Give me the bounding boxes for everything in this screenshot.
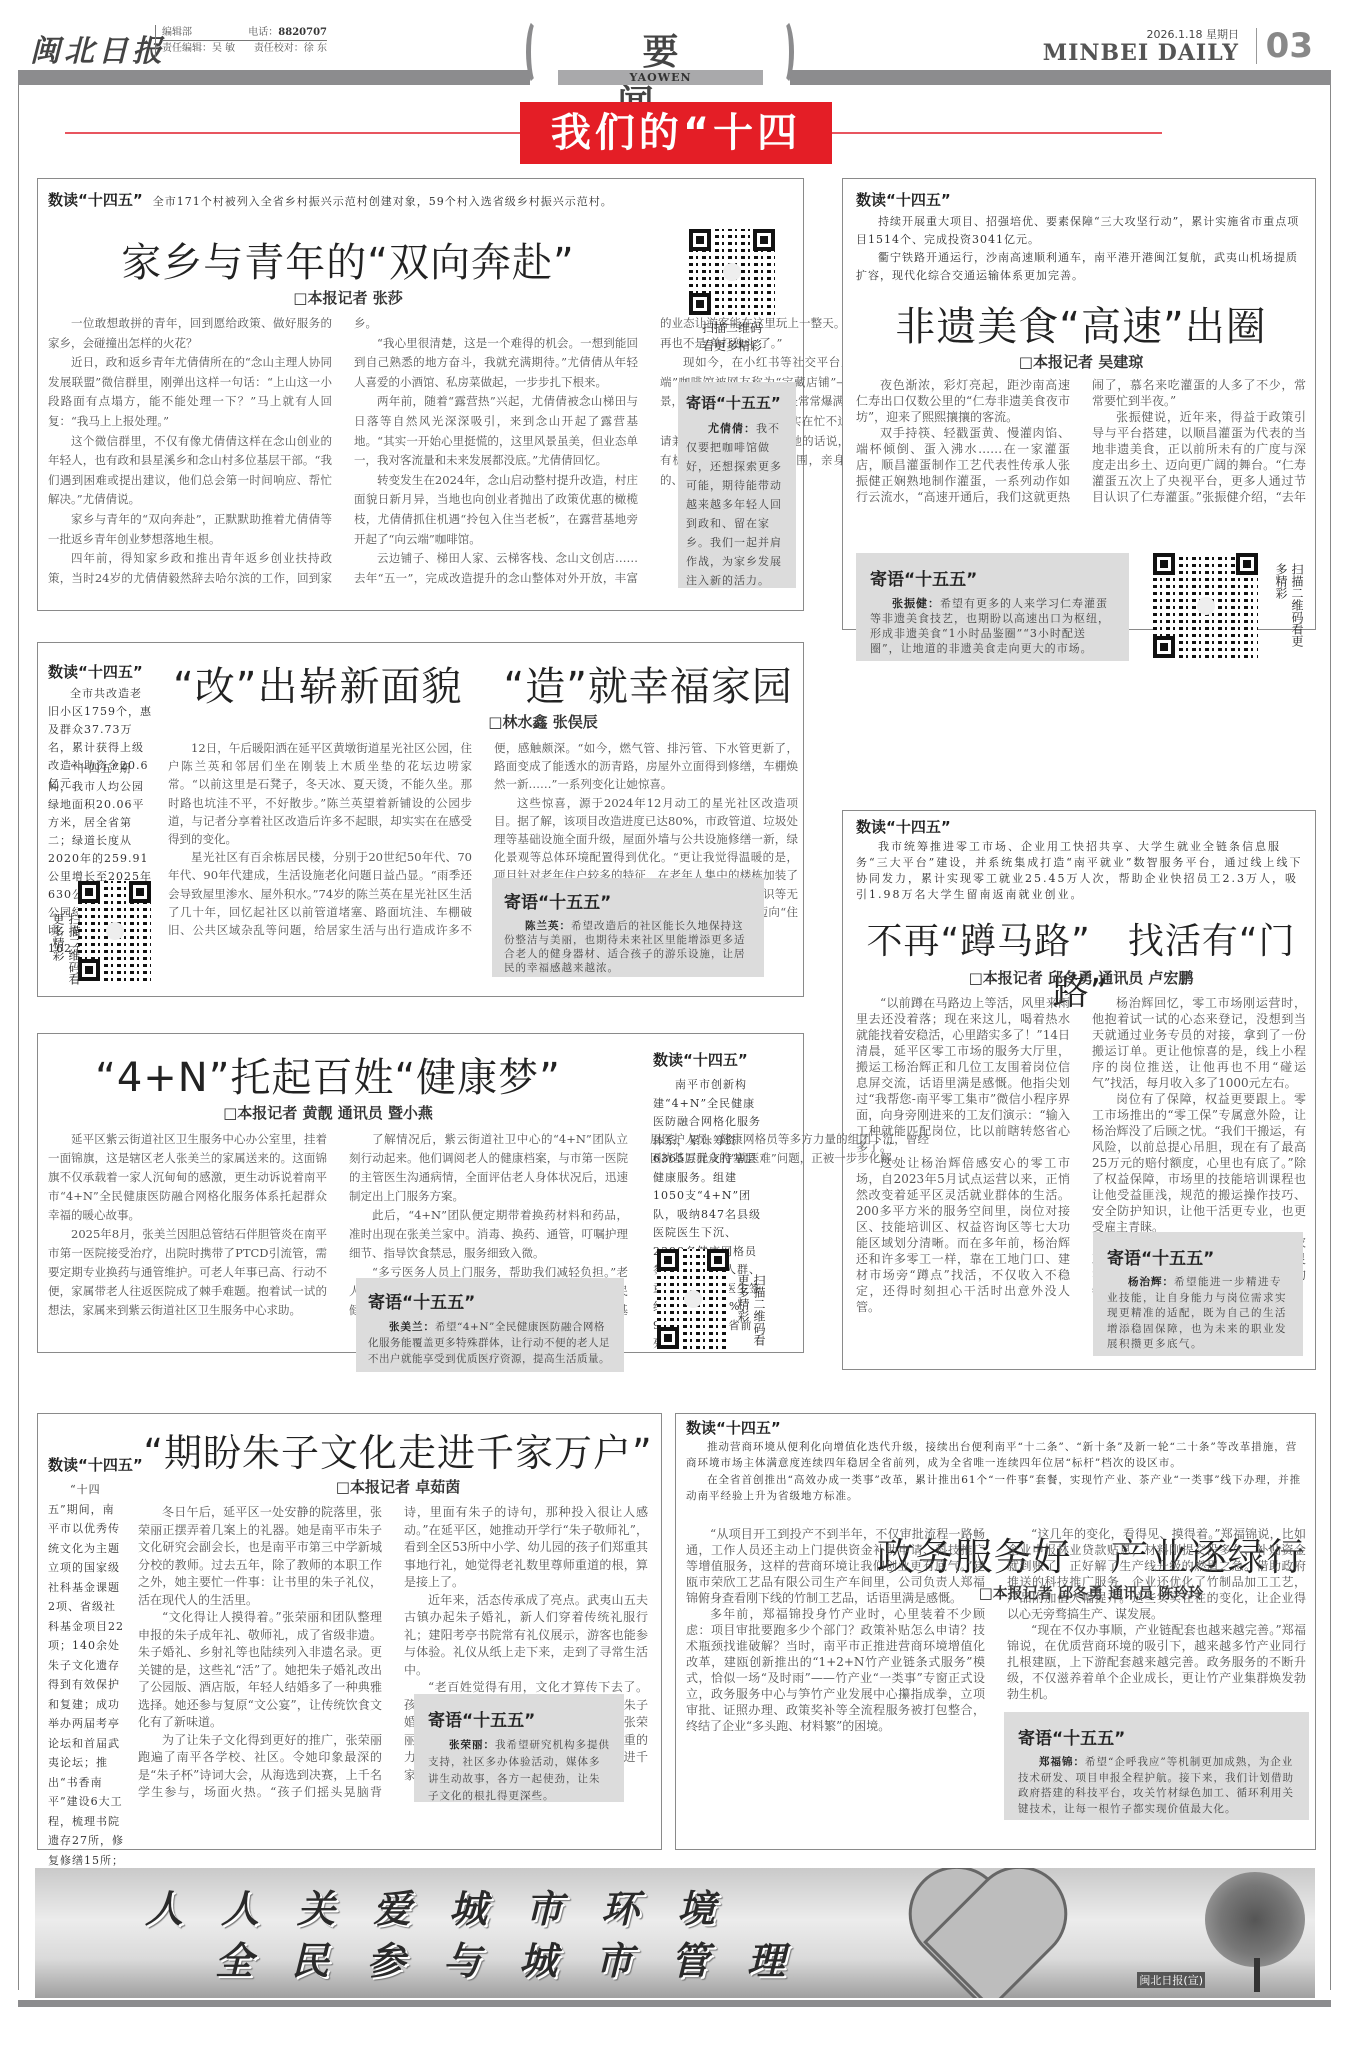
byline: □本报记者 张莎 xyxy=(78,287,618,308)
stat-text: 衢宁铁路开通运行，沙南高速顺利通车，南平港开港闽江复航，武夷山机场提质扩容，现代… xyxy=(856,249,1306,285)
wish-box: 寄语“十五五” 陈兰英：希望改造后的社区能长久地保持这份整洁与美丽，也期待未来社… xyxy=(492,878,764,977)
topic-banner: 我们的“十四五” xyxy=(520,102,832,164)
wish-speaker: 郑福锦： xyxy=(1039,1756,1085,1768)
wish-speaker: 张振健： xyxy=(892,597,940,610)
byline: □林水鑫 张俣辰 xyxy=(168,711,798,732)
headline: 非遗美食“高速”出圈 xyxy=(856,295,1306,352)
wish-speaker: 陈兰英： xyxy=(525,920,571,932)
wish-box: 寄语“十五五” 杨治辉：希望能进一步精进专业技能，让自身能力与岗位需求实现更精准… xyxy=(1093,1232,1303,1356)
qr-code[interactable] xyxy=(1153,553,1258,658)
wish-title: 寄语“十五五” xyxy=(1018,1724,1295,1749)
wish-speaker: 张荣丽： xyxy=(449,1739,495,1751)
bracket-right-icon xyxy=(774,18,794,86)
ad-slogan-line2: 全民参与城市管理 xyxy=(215,1930,823,1985)
wish-title: 寄语“十五五” xyxy=(1107,1244,1289,1269)
ad-credit: 闽北日报(宣) xyxy=(1137,1972,1205,1988)
wish-box: 寄语“十五五” 郑福锦：希望“企呼我应”等机制更加成熟，为企业技术研发、项目申报… xyxy=(1004,1712,1309,1820)
article-culture: 数读“十四五” “十四五”期间，南平市以优秀传统文化为主题立项的国家级社科基金课… xyxy=(37,1413,662,1850)
qr-caption: 扫描二维码看更多精彩 xyxy=(1273,563,1305,653)
masthead: 闽北日报 编辑部电话：8820707 责任编辑：吴 敏责任校对：徐 东 要闻 Y… xyxy=(0,0,1349,85)
stat-text: 持续开展重大项目、招强培优、要素保障“三大攻坚行动”，累计实施省市重点项目151… xyxy=(856,213,1306,249)
wish-title: 寄语“十五五” xyxy=(368,1288,612,1313)
wish-title: 寄语“十五五” xyxy=(686,392,788,413)
stat-label: 数读“十四五” xyxy=(653,1049,748,1070)
phone: 电话：8820707 xyxy=(248,25,327,40)
stat-label: 数读“十四五” xyxy=(856,816,951,837)
wish-title: 寄语“十五五” xyxy=(428,1706,610,1731)
stat-text: 在全省首创推出“高效办成一类事”改革，累计推出61个“一件事”套餐，实现竹产业、… xyxy=(686,1472,1306,1504)
wish-box: 寄语“十五五” 张振健：希望有更多的人来学习仁寿灌蛋等非遗美食技艺，也期盼以高速… xyxy=(856,553,1129,661)
divider xyxy=(1256,28,1257,64)
article-business: 数读“十四五” 推动营商环境从便利化向增值化迭代升级，接续出台便利南平“十二条”… xyxy=(675,1413,1316,1850)
article-body: 夜色渐浓，彩灯亮起，距沙南高速仁寿出口仅数公里的“仁寿非遗美食夜市坊”，迎来了熙… xyxy=(856,377,1306,529)
wish-box: 寄语“十五五” 张荣丽：我希望研究机构多提供支持，社区多办体验活动，媒体多讲生动… xyxy=(414,1694,624,1802)
article-health: “4+N”托起百姓“健康梦” □本报记者 黄靓 通讯员 暨小燕 延平区紫云街道社… xyxy=(37,1033,804,1353)
qr-caption: 扫描二维码 看更多精彩 xyxy=(678,319,786,355)
article-body: 一位敢想敢拼的青年，回到愿给政策、做好服务的家乡，会碰撞出怎样的火花？近日，政和… xyxy=(48,314,638,604)
editor: 责任编辑：吴 敏 xyxy=(162,41,235,57)
stat-label: 数读“十四五” xyxy=(686,1417,781,1438)
headline: “改”出崭新面貌 “造”就幸福家园 xyxy=(168,655,798,712)
wish-speaker: 杨治辉： xyxy=(1128,1276,1174,1288)
paper-english-name: MINBEI DAILY xyxy=(1043,40,1239,66)
article-youth: 数读“十四五” 全市171个村被列入全省乡村振兴示范村创建对象，59个村入选省级… xyxy=(37,178,804,611)
tree-trunk-icon xyxy=(1254,1958,1260,1992)
headline: 家乡与青年的“双向奔赴” xyxy=(78,231,618,288)
article-jobs: 数读“十四五” 我市统筹推进零工市场、企业用工快招共享、大学生就业全链条信息服务… xyxy=(842,810,1316,1370)
wish-box: 寄语“十五五” 张美兰：希望“4+N”全民健康医防融合网格化服务能覆盖更多特殊群… xyxy=(356,1278,624,1372)
stat-text: 推动营商环境从便利化向增值化迭代升级，接续出台便利南平“十二条”、“新十条”及新… xyxy=(686,1439,1306,1471)
wish-box: 寄语“十五五” 尤倩倩：我不仅要把咖啡馆做好，还想探索更多可能，期待能带动越来越… xyxy=(678,382,796,588)
topic-rule-right xyxy=(832,132,1162,134)
wish-text: 我不仅要把咖啡馆做好，还想探索更多可能，期待能带动越来越多年轻人回到政和、留在家… xyxy=(686,422,782,587)
ad-slogan-line1: 人人关爱城市环境 xyxy=(145,1878,753,1933)
stat-label: 数读“十四五” xyxy=(856,189,951,210)
footer-bar xyxy=(18,2000,1331,2007)
tree-icon xyxy=(1205,1872,1305,1967)
section-tab: 要闻 YAOWEN xyxy=(530,18,790,88)
page-number: 03 xyxy=(1266,26,1313,66)
article-renovation: 数读“十四五” 全市共改造老旧小区1759个，惠及群众37.73万名，累计获得上… xyxy=(37,642,804,997)
bracket-left-icon xyxy=(526,18,546,86)
stat-label: 数读“十四五” xyxy=(48,661,143,682)
wish-speaker: 尤倩倩： xyxy=(708,422,756,435)
qr-code[interactable] xyxy=(78,881,151,981)
heart-icon xyxy=(905,1874,1075,1998)
byline: □本报记者 黄靓 通讯员 暨小燕 xyxy=(48,1102,608,1123)
stat-text: 全市171个村被列入全省乡村振兴示范村创建对象，59个村入选省级乡村振兴示范村。 xyxy=(153,193,613,211)
public-service-ad-banner: 人人关爱城市环境 全民参与城市管理 闽北日报(宣) xyxy=(35,1868,1315,1998)
stat-label: 数读“十四五” xyxy=(48,189,143,210)
newspaper-logo: 闽北日报 xyxy=(30,26,166,70)
qr-code[interactable] xyxy=(657,1249,729,1349)
byline: □本报记者 卓茹茵 xyxy=(138,1476,658,1497)
section-en: YAOWEN xyxy=(558,70,763,85)
byline: □本报记者 吴建琼 xyxy=(856,351,1306,372)
byline: □本报记者 邱冬勇 通讯员 卢宏鹏 xyxy=(856,967,1306,988)
article-food: 数读“十四五” 持续开展重大项目、招强培优、要素保障“三大攻坚行动”，累计实施省… xyxy=(842,178,1316,630)
headline: “期盼朱子文化走进千家万户” xyxy=(138,1422,658,1477)
wish-title: 寄语“十五五” xyxy=(870,565,1115,590)
proofreader: 责任校对：徐 东 xyxy=(254,41,327,57)
topic-rule-left xyxy=(65,132,520,134)
qr-caption: 扫描二维码看更多精彩 xyxy=(50,913,82,993)
qr-code[interactable] xyxy=(689,229,775,315)
dept-label: 编辑部 xyxy=(162,25,192,40)
stat-label: 数读“十四五” xyxy=(48,1454,143,1475)
stat-text: 我市统筹推进零工市场、企业用工快招共享、大学生就业全链条信息服务“三大平台”建设… xyxy=(856,839,1306,903)
headline: “4+N”托起百姓“健康梦” xyxy=(48,1046,608,1103)
editorial-info: 编辑部电话：8820707 责任编辑：吴 敏责任校对：徐 东 xyxy=(155,25,327,57)
wish-title: 寄语“十五五” xyxy=(504,888,752,913)
qr-caption: 扫描二维码看更多精彩 xyxy=(735,1274,767,1354)
wish-speaker: 张美兰： xyxy=(389,1321,435,1333)
